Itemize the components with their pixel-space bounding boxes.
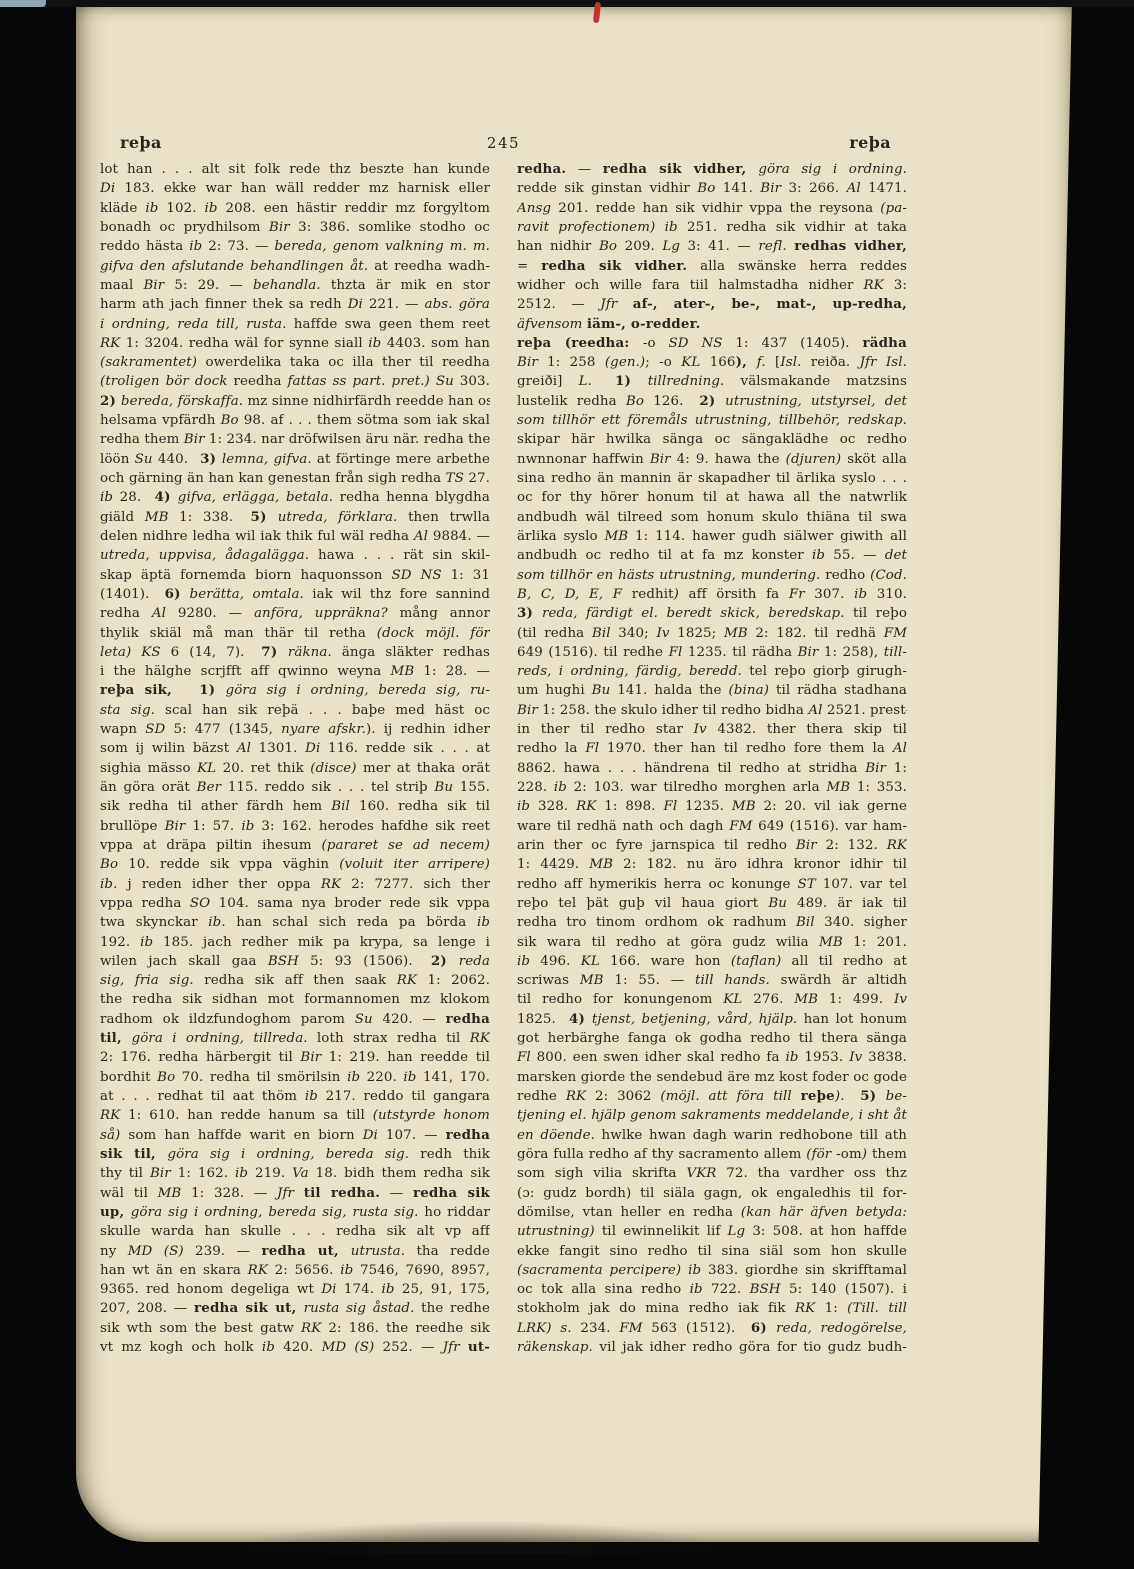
text-line: oc tok alla sina redho ib 722. BSH 5: 14…: [517, 1280, 907, 1299]
text-line: andbudh wäl tilreed som honum skulo thiä…: [517, 508, 907, 527]
text-line: sik til, göra sig i ordning, bereda sig.…: [100, 1145, 490, 1164]
text-line: ny MD (S) 239. — redha ut, utrusta. tha …: [100, 1242, 490, 1261]
text-line: (1401). 6) berätta, omtala. iak wil thz …: [100, 585, 490, 604]
text-line: reþo tel þät guþ vil haua giort Bu 489. …: [517, 894, 907, 913]
text-line: ib 328. RK 1: 898. Fl 1235. MB 2: 20. vi…: [517, 797, 907, 816]
text-line: RK 1: 610. han redde hanum sa till (utst…: [100, 1106, 490, 1125]
text-line: 192. ib 185. jach redher mik pa krypa, s…: [100, 933, 490, 952]
text-line: reds, i ordning, färdig, beredd. tel reþ…: [517, 662, 907, 681]
text-line: 1: 4429. MB 2: 182. nu äro idhra kronor …: [517, 855, 907, 874]
text-line: bordhit Bo 70. redha til smörilsin ib 22…: [100, 1068, 490, 1087]
text-line: skipar här hwilka sänga oc sängaklädhe o…: [517, 430, 907, 449]
text-line: ib 496. KL 166. ware hon (taflan) all ti…: [517, 952, 907, 971]
text-line: än göra orät Ber 115. reddo sik . . . te…: [100, 778, 490, 797]
text-line: göra fulla redho af thy sacramento allem…: [517, 1145, 907, 1164]
text-line: til, göra i ordning, tillreda. loth stra…: [100, 1029, 490, 1048]
text-line: som tillhör en hästs utrustning, munderi…: [517, 566, 907, 585]
text-line: vppa at dräpa piltin ihesum (pararet se …: [100, 836, 490, 855]
text-line: reddo hästa ib 2: 73. — bereda, genom va…: [100, 237, 490, 256]
page-number: 245: [100, 134, 907, 152]
text-line: sig, fria sig. redha sik aff then saak R…: [100, 971, 490, 990]
text-line: redho aff hymerikis herra oc konunge ST …: [517, 875, 907, 894]
text-line: sik wth som the best gatw RK 2: 186. the…: [100, 1319, 490, 1338]
text-line: i the hälghe scrjfft aff qwinno weyna MB…: [100, 662, 490, 681]
text-line: (sakramentet) owerdelika taka oc illa th…: [100, 353, 490, 372]
text-line: um hughi Bu 141. halda the (bina) til rä…: [517, 681, 907, 700]
text-line: i ordning, reda till, rusta. haffde swa …: [100, 315, 490, 334]
left-column: lot han . . . alt sit folk rede thz besz…: [100, 160, 490, 1357]
running-header: reþa 245 reþa: [100, 133, 907, 155]
text-line: en döende. hwlke hwan dagh warin redhobo…: [517, 1126, 907, 1145]
text-line: som ij wilin bäzst Al 1301. Di 116. redd…: [100, 739, 490, 758]
text-line: redhe RK 2: 3062 (möjl. att föra till re…: [517, 1087, 907, 1106]
text-line: nwnnonar haffwin Bir 4: 9. hawa the (dju…: [517, 450, 907, 469]
text-line: til redho for konungenom KL 276. MB 1: 4…: [517, 990, 907, 1009]
text-line: ravit profectionem) ib 251. redha sik vi…: [517, 218, 907, 237]
text-line: kläde ib 102. ib 208. een hästir reddir …: [100, 199, 490, 218]
text-line: 2) bereda, förskaffa. mz sinne nidhirfär…: [100, 392, 490, 411]
text-line: ware til redhä nath och dagh FM 649 (151…: [517, 817, 907, 836]
text-line: wilen jach skall gaa BSH 5: 93 (1506). 2…: [100, 952, 490, 971]
text-line: brullöpe Bir 1: 57. ib 3: 162. herodes h…: [100, 817, 490, 836]
text-line: 3) reda, färdigt el. beredt skick, bered…: [517, 604, 907, 623]
text-line: at . . . redhat til aat thöm ib 217. red…: [100, 1087, 490, 1106]
text-line: delen nidhre ledha wil iak thik ful wäl …: [100, 527, 490, 546]
text-line: helsama vpfärdh Bo 98. af . . . them söt…: [100, 411, 490, 430]
text-line: tjening el. hjälp genom sakraments medde…: [517, 1106, 907, 1125]
text-line: lot han . . . alt sit folk rede thz besz…: [100, 160, 490, 179]
text-line: som sigh vilia skrifta VKR 72. tha vardh…: [517, 1164, 907, 1183]
text-line: redha. — redha sik vidher, göra sig i or…: [517, 160, 907, 179]
text-line: stokholm jak do mina redho iak fik RK 1:…: [517, 1299, 907, 1318]
text-line: (sacramenta percipere) ib 383. giordhe s…: [517, 1261, 907, 1280]
text-line: redde sik ginstan vidhir Bo 141. Bir 3: …: [517, 179, 907, 198]
text-line: han nidhir Bo 209. Lg 3: 41. — refl. red…: [517, 237, 907, 256]
text-line: ib. j reden idher ther oppa RK 2: 7277. …: [100, 875, 490, 894]
text-line: marsken giorde the sendebud äre mz kost …: [517, 1068, 907, 1087]
corner-sliver: [0, 0, 46, 7]
text-line: Bir 1: 258. the skulo idher til redho bi…: [517, 701, 907, 720]
text-line: 9365. red honom degeliga wt Di 174. ib 2…: [100, 1280, 490, 1299]
text-line: 207, 208. — redha sik ut, rusta sig åsta…: [100, 1299, 490, 1318]
text-line: gifva den afslutande behandlingen åt. at…: [100, 257, 490, 276]
text-line: ärlika syslo MB 1: 114. hawer gudh siälw…: [517, 527, 907, 546]
text-line: vt mz kogh och holk ib 420. MD (S) 252. …: [100, 1338, 490, 1357]
text-line: scriwas MB 1: 55. — till hands. swärdh ä…: [517, 971, 907, 990]
text-line: ekke fangit sino redho til sina siäl som…: [517, 1242, 907, 1261]
text-line: sik wara til redho at göra gudz wilia MB…: [517, 933, 907, 952]
text-line: = redha sik vidher. alla swänske herra r…: [517, 257, 907, 276]
text-block: lot han . . . alt sit folk rede thz besz…: [100, 160, 907, 1357]
text-line: leta) KS 6 (14, 7). 7) räkna. änga släkt…: [100, 643, 490, 662]
text-line: 1825. 4) tjenst, betjening, vård, hjälp.…: [517, 1010, 907, 1029]
text-line: vppa redha SO 104. sama nya broder rede …: [100, 894, 490, 913]
text-line: (til redha Bil 340; Iv 1825; MB 2: 182. …: [517, 624, 907, 643]
text-line: (ɔ: gudz bordh) til siäla gagn, ok engal…: [517, 1184, 907, 1203]
text-line: äfvensom iäm-, o-redder.: [517, 315, 907, 334]
text-line: han wt än en skara RK 2: 5656. ib 7546, …: [100, 1261, 490, 1280]
text-line: så) som han haffde warit en biorn Di 107…: [100, 1126, 490, 1145]
text-line: sina redho än mannin är skapadher til är…: [517, 469, 907, 488]
text-line: sighia mässo KL 20. ret thik (disce) mer…: [100, 759, 490, 778]
text-line: giäld MB 1: 338. 5) utreda, förklara. th…: [100, 508, 490, 527]
text-line: 8862. hawa . . . händrena til redho at s…: [517, 759, 907, 778]
text-line: thylik skiäl må man thär til retha (dock…: [100, 624, 490, 643]
text-line: redha Al 9280. — anföra, uppräkna? mång …: [100, 604, 490, 623]
text-line: Di 183. ekke war han wäll redder mz harn…: [100, 179, 490, 198]
text-line: Bir 1: 258 (gen.); -o KL 166), f. [Isl. …: [517, 353, 907, 372]
text-line: reþa (reedha: -o SD NS 1: 437 (1405). rä…: [517, 334, 907, 353]
text-line: redha them Bir 1: 234. nar dröfwilsen är…: [100, 430, 490, 449]
text-line: Bo 10. redde sik vppa väghin (voluit ite…: [100, 855, 490, 874]
text-line: 228. ib 2: 103. war tilredho morghen arl…: [517, 778, 907, 797]
text-line: wapn SD 5: 477 (1345, nyare afskr.). ij …: [100, 720, 490, 739]
text-line: skulle warda han skulle . . . redha sik …: [100, 1222, 490, 1241]
text-line: in ther til redho star Iv 4382. ther the…: [517, 720, 907, 739]
scan-top-edge: [0, 0, 1134, 7]
text-line: sta sig. scal han sik reþä . . . baþe me…: [100, 701, 490, 720]
text-line: LRK) s. 234. FM 563 (1512). 6) reda, red…: [517, 1319, 907, 1338]
text-line: harm ath jach finner thek sa redh Di 221…: [100, 295, 490, 314]
text-line: redha tro tinom ordhom ok radhum Bil 340…: [517, 913, 907, 932]
text-line: löön Su 440. 3) lemna, gifva. at förting…: [100, 450, 490, 469]
right-column: redha. — redha sik vidher, göra sig i or…: [517, 160, 907, 1357]
text-line: 2512. — Jfr af-, ater-, be-, mat-, up-re…: [517, 295, 907, 314]
text-line: lustelik redha Bo 126. 2) utrustning, ut…: [517, 392, 907, 411]
text-line: bonadh oc prydhilsom Bir 3: 386. somlike…: [100, 218, 490, 237]
text-line: räkenskap. vil jak idher redho göra for …: [517, 1338, 907, 1357]
text-line: Ansg 201. redde han sik vidhir vppa the …: [517, 199, 907, 218]
text-line: the redha sik sidhan mot formannomen mz …: [100, 990, 490, 1009]
text-line: andbudh oc redho til at fa mz konster ib…: [517, 546, 907, 565]
text-line: B, C, D, E, F redhit) aff örsith fa Fr 3…: [517, 585, 907, 604]
text-line: arin ther oc fyre jarnspica til redho Bi…: [517, 836, 907, 855]
text-line: up, göra sig i ordning, bereda sig, rust…: [100, 1203, 490, 1222]
text-line: ib 28. 4) gifva, erlägga, betala. redha …: [100, 488, 490, 507]
text-line: twa skynckar ib. han schal sich reda pa …: [100, 913, 490, 932]
text-line: Fl 800. een swen idher skal redho fa ib …: [517, 1048, 907, 1067]
text-line: maal Bir 5: 29. — behandla. thzta är mik…: [100, 276, 490, 295]
text-line: thy til Bir 1: 162. ib 219. Va 18. bidh …: [100, 1164, 490, 1183]
text-line: utrustning) til ewinnelikit lif Lg 3: 50…: [517, 1222, 907, 1241]
text-line: som tillhör ett föremåls utrustning, til…: [517, 411, 907, 430]
text-line: och gärning än han kan genestan från sig…: [100, 469, 490, 488]
text-line: redho la Fl 1970. ther han til redho for…: [517, 739, 907, 758]
text-line: (troligen bör dock reedha fattas ss part…: [100, 372, 490, 391]
text-line: radhom ok ildzfundoghom parom Su 420. — …: [100, 1010, 490, 1029]
text-line: got herbärghe fanga ok godha redho til t…: [517, 1029, 907, 1048]
text-line: RK 1: 3204. redha wäl for synne siall ib…: [100, 334, 490, 353]
text-line: widher och wille fara tiil halmstadha ni…: [517, 276, 907, 295]
text-line: utreda, uppvisa, ådagalägga. hawa . . . …: [100, 546, 490, 565]
text-line: sik redha til ather färdh hem Bil 160. r…: [100, 797, 490, 816]
text-line: 649 (1516). til redhe Fl 1235. til rädha…: [517, 643, 907, 662]
text-line: skap äptä fornemda biorn haquonsson SD N…: [100, 566, 490, 585]
text-line: wäl til MB 1: 328. — Jfr til redha. — re…: [100, 1184, 490, 1203]
header-right-word: reþa: [849, 133, 891, 152]
text-line: reþa sik, 1) göra sig i ordning, bereda …: [100, 681, 490, 700]
text-line: 2: 176. redha härbergit til Bir 1: 219. …: [100, 1048, 490, 1067]
text-line: dömilse, vtan heller en redha (kan här ä…: [517, 1203, 907, 1222]
text-line: oc for thy hörer honum til at hawa all t…: [517, 488, 907, 507]
text-line: greiði] L. 1) tillredning. välsmakande m…: [517, 372, 907, 391]
